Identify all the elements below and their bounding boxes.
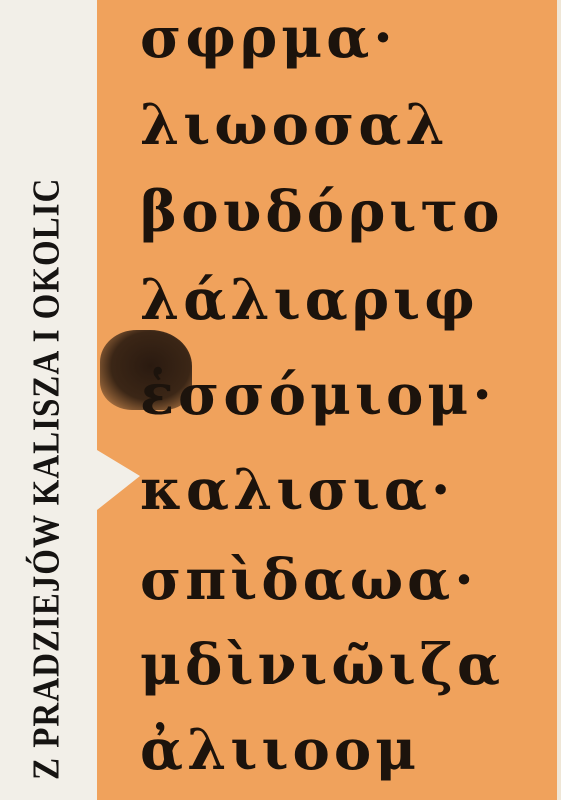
manuscript-line: σπὶδαωα·	[140, 550, 478, 610]
manuscript-line: ἀλιιοομ	[140, 720, 420, 780]
book-cover: Z PRADZIEJÓW KALISZA I OKOLIC σφρμα· λιω…	[0, 0, 561, 800]
manuscript-line: λάλιαριφ	[140, 270, 479, 330]
manuscript-line: μδὶνιῶιζα	[140, 635, 504, 695]
manuscript-line: καλισια·	[140, 460, 454, 520]
right-edge-strip	[557, 0, 561, 800]
manuscript-line: λιωοσαλ	[140, 95, 449, 155]
manuscript-line: σφρμα·	[140, 8, 397, 68]
manuscript-line: βουδόριτο	[140, 182, 503, 242]
book-title: Z PRADZIEJÓW KALISZA I OKOLIC	[18, 10, 76, 780]
manuscript-line: ἑσσόμιομ·	[140, 365, 496, 425]
